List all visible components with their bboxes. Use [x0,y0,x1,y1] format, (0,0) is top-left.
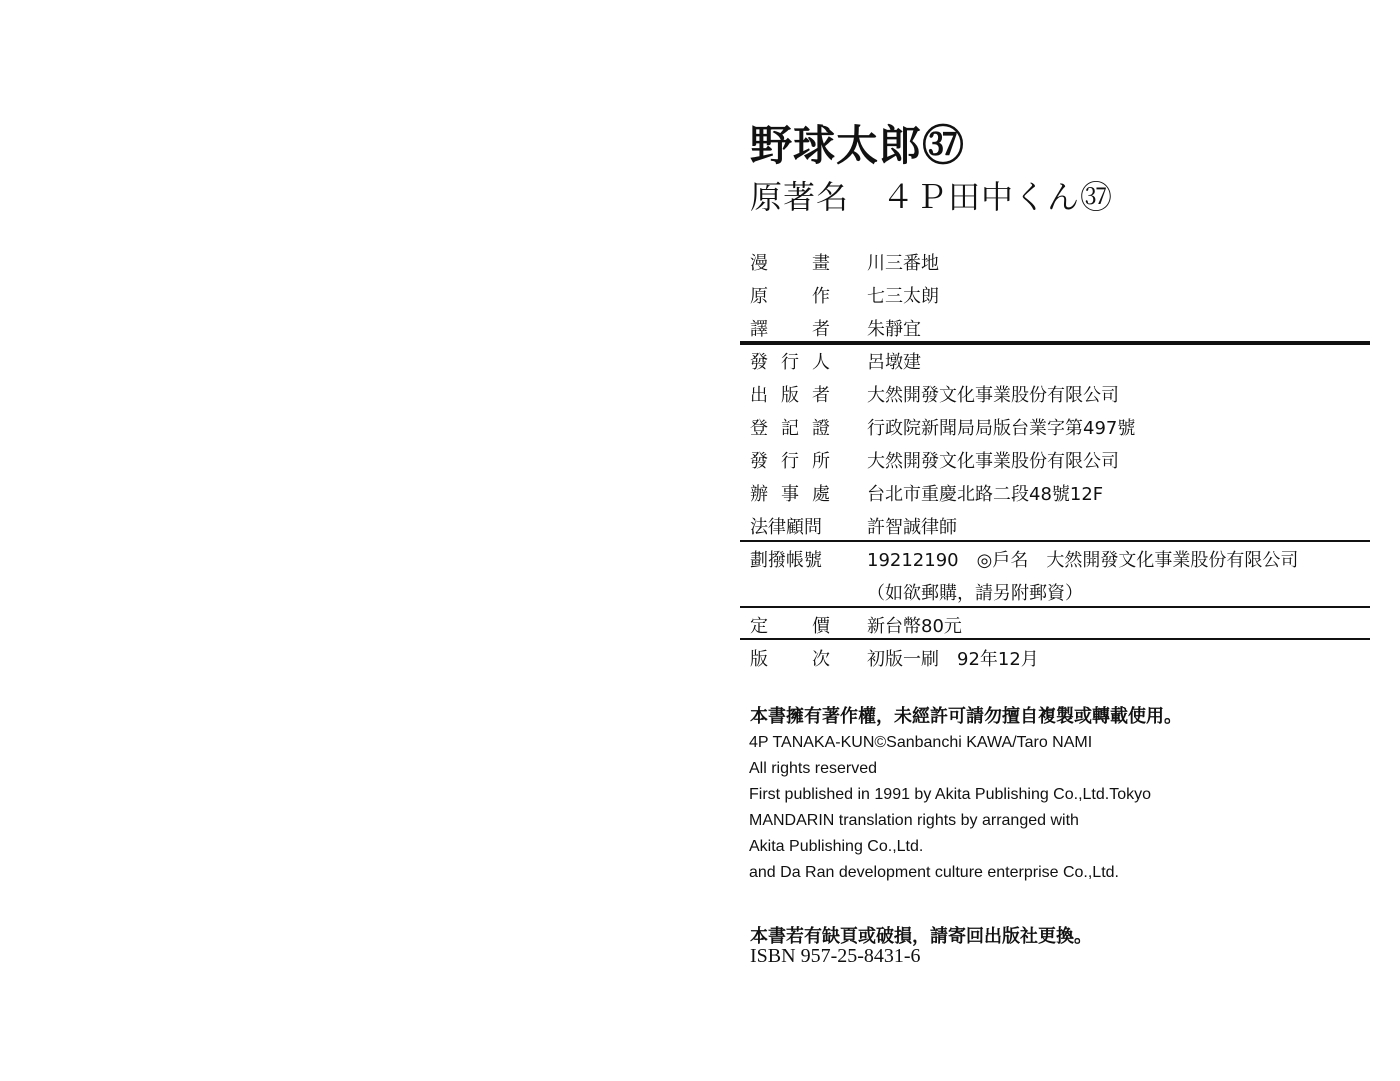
credit-label-char: 畫 [812,249,830,275]
english-line: and Da Ran development culture enterpris… [749,864,1119,882]
credit-value: 朱靜宜 [867,315,921,341]
credit-value: （如欲郵購，請另附郵資） [867,579,1083,605]
credit-label-char: 事 [781,480,799,506]
left-blank-page [0,0,700,1081]
english-line: First published in 1991 by Akita Publish… [749,786,1151,804]
credit-label-char: 法律顧問 [750,513,822,539]
isbn: ISBN 957-25-8431-6 [750,945,921,968]
credit-label: 譯者 [750,315,830,341]
credit-label-char: 證 [812,414,830,440]
credit-label-char: 版 [781,381,799,407]
credit-label-char: 者 [812,381,830,407]
credit-label-char: 處 [812,480,830,506]
colophon-page: 野球太郎㊲ 原著名 ４Ｐ田中くん㊲ 漫畫川三番地原作七三太朗譯者朱靜宜發行人呂墩… [700,0,1400,1081]
credit-label-char: 發 [750,447,768,473]
credit-label-char: 記 [781,414,799,440]
book-title: 野球太郎㊲ [750,113,965,173]
credit-label-char: 辦 [750,480,768,506]
credit-label-char: 定 [750,612,768,638]
credit-label-char: 所 [812,447,830,473]
credit-label-char: 劃撥帳號 [750,546,822,572]
divider [740,606,1370,608]
credit-label-char: 者 [812,315,830,341]
credit-label-char: 譯 [750,315,768,341]
credit-label: 劃撥帳號 [750,546,830,572]
credit-label-char: 漫 [750,249,768,275]
credit-value: 大然開發文化事業股份有限公司 [867,381,1119,407]
credit-label: 法律顧問 [750,513,830,539]
credit-value: 呂墩建 [867,348,921,374]
credit-label: 原作 [750,282,830,308]
credit-label-char: 次 [812,645,830,671]
english-line: Akita Publishing Co.,Ltd. [749,838,923,856]
credit-value: 新台幣80元 [867,612,962,638]
credit-label-char: 價 [812,612,830,638]
credit-label: 登記證 [750,414,830,440]
credit-label-char: 行 [781,348,799,374]
english-line: All rights reserved [749,760,877,778]
credit-label: 辦事處 [750,480,830,506]
divider-thick [740,341,1370,345]
credit-label-char: 行 [781,447,799,473]
credit-value: 19212190 ◎戶名 大然開發文化事業股份有限公司 [867,546,1298,572]
credit-label-char: 版 [750,645,768,671]
credit-label-char: 人 [812,348,830,374]
credit-value: 大然開發文化事業股份有限公司 [867,447,1119,473]
credit-value: 七三太朗 [867,282,939,308]
credit-label-char: 作 [812,282,830,308]
english-line: MANDARIN translation rights by arranged … [749,812,1079,830]
credit-label: 漫畫 [750,249,830,275]
credit-value: 許智誠律師 [867,513,957,539]
credit-label: 發行所 [750,447,830,473]
credit-value: 行政院新聞局局版台業字第497號 [867,414,1135,440]
copyright-notice: 本書擁有著作權，未經許可請勿擅自複製或轉載使用。 [750,702,1182,728]
credit-label-char: 登 [750,414,768,440]
credit-label: 出版者 [750,381,830,407]
credit-label-char: 發 [750,348,768,374]
credit-value: 台北市重慶北路二段48號12F [867,480,1103,506]
divider [740,540,1370,542]
credit-label-char: 原 [750,282,768,308]
divider [740,638,1370,640]
english-line: 4P TANAKA-KUN©Sanbanchi KAWA/Taro NAMI [749,734,1092,752]
original-title: 原著名 ４Ｐ田中くん㊲ [750,172,1113,218]
credit-label: 定價 [750,612,830,638]
credit-label-char: 出 [750,381,768,407]
credit-value: 初版一刷 92年12月 [867,645,1039,671]
credit-value: 川三番地 [867,249,939,275]
credit-label: 發行人 [750,348,830,374]
credit-label: 版次 [750,645,830,671]
